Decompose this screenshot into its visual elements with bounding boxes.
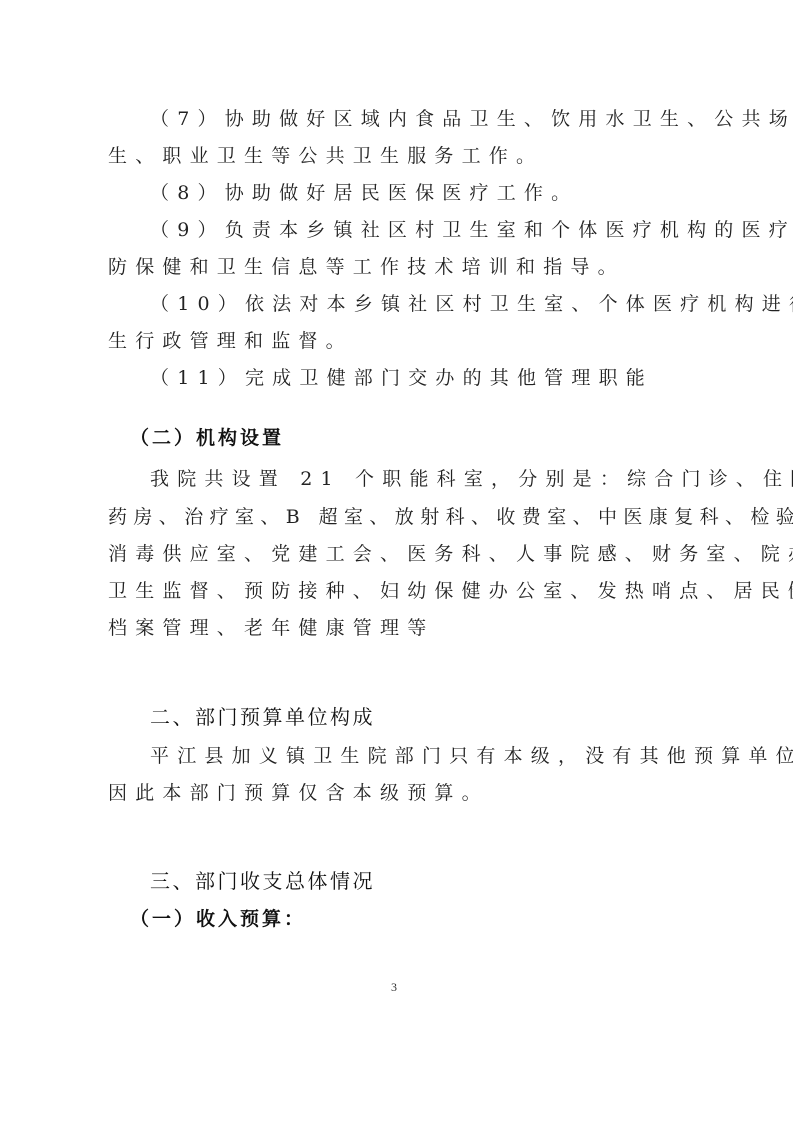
item-7-line-2: 生、职业卫生等公共卫生服务工作。 bbox=[108, 143, 708, 169]
item-10-line-1: （10）依法对本乡镇社区村卫生室、个体医疗机构进行卫 bbox=[150, 291, 750, 317]
org-paragraph-line-5: 档案管理、老年健康管理等 bbox=[108, 615, 708, 641]
org-paragraph-line-3: 消毒供应室、党建工会、医务科、人事院感、财务室、院办、 bbox=[108, 541, 708, 567]
item-9-line-1: （9）负责本乡镇社区村卫生室和个体医疗机构的医疗、预 bbox=[150, 217, 750, 243]
org-paragraph-line-2: 药房、治疗室、B 超室、放射科、收费室、中医康复科、检验室、 bbox=[108, 504, 708, 530]
item-7-line-1: （7）协助做好区域内食品卫生、饮用水卫生、公共场所卫 bbox=[150, 106, 750, 132]
document-page: （7）协助做好区域内食品卫生、饮用水卫生、公共场所卫 生、职业卫生等公共卫生服务… bbox=[0, 0, 793, 1122]
page-number: 3 bbox=[391, 980, 397, 995]
item-9-line-2: 防保健和卫生信息等工作技术培训和指导。 bbox=[108, 254, 708, 280]
org-paragraph-line-1: 我院共设置 21 个职能科室，分别是：综合门诊、住院部、 bbox=[150, 466, 750, 492]
item-10-line-2: 生行政管理和监督。 bbox=[108, 328, 708, 354]
budget-units-line-2: 因此本部门预算仅含本级预算。 bbox=[108, 780, 708, 806]
section-heading-income-expenditure: 三、部门收支总体情况 bbox=[150, 868, 750, 894]
item-11-line-1: （11）完成卫健部门交办的其他管理职能 bbox=[150, 365, 750, 391]
subsection-heading-org-setup: （二）机构设置 bbox=[130, 425, 730, 451]
item-8-line-1: （8）协助做好居民医保医疗工作。 bbox=[150, 180, 750, 206]
subsection-heading-income-budget: （一）收入预算： bbox=[130, 906, 730, 932]
budget-units-line-1: 平江县加义镇卫生院部门只有本级，没有其他预算单位， bbox=[150, 743, 750, 769]
section-heading-budget-units: 二、部门预算单位构成 bbox=[150, 704, 750, 730]
org-paragraph-line-4: 卫生监督、预防接种、妇幼保健办公室、发热哨点、居民健康 bbox=[108, 578, 708, 604]
